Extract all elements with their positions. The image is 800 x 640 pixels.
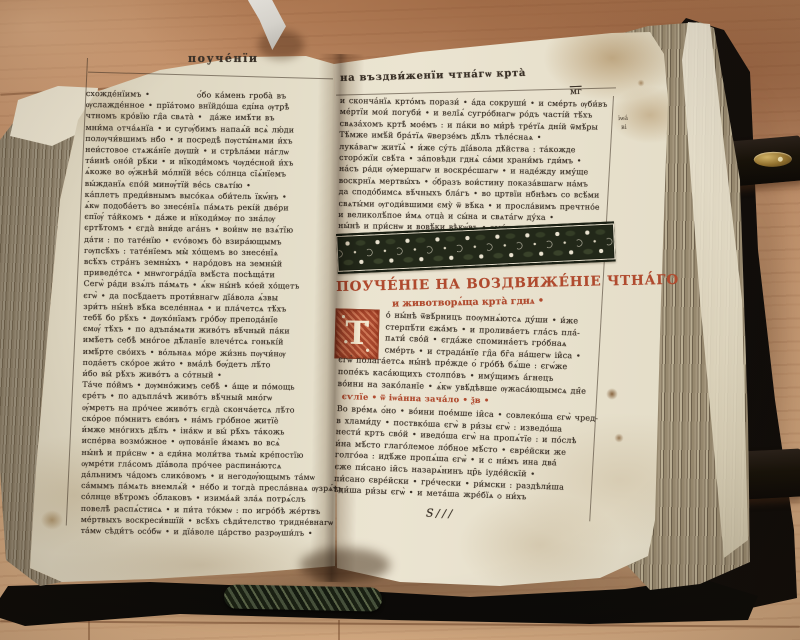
right-page-lower-text: Во вре́мѧ ѻ́но • во́ини пое́мше іи̑са • … bbox=[333, 403, 634, 507]
left-page-text: схожде́нїимъ • ѻ́бо ка́мень гроба̀ въѹсл… bbox=[81, 88, 336, 539]
brass-clasp bbox=[754, 151, 792, 167]
right-page-top-text: и сконча́нїѧ крто́мъ порази́ • а́да сокр… bbox=[338, 95, 622, 236]
margin-note: ві bbox=[621, 123, 627, 131]
brass-clasp-pin bbox=[778, 157, 783, 162]
running-title-left: поуче́нїи bbox=[188, 52, 259, 65]
gutter-shadow bbox=[309, 54, 364, 583]
photo-open-antique-book: поуче́нїи схожде́нїимъ • ѻ́бо ка́мень гр… bbox=[0, 0, 800, 640]
gutter-foot-shadow bbox=[300, 548, 390, 582]
folio-number: мг bbox=[570, 87, 582, 97]
catchword: Ѕ/// bbox=[426, 507, 455, 521]
right-page-body-text: о́ ны́нѣ ѿвѣ́рницъ поѹмнѧ́ютсѧ ду́ши • и… bbox=[337, 308, 631, 398]
